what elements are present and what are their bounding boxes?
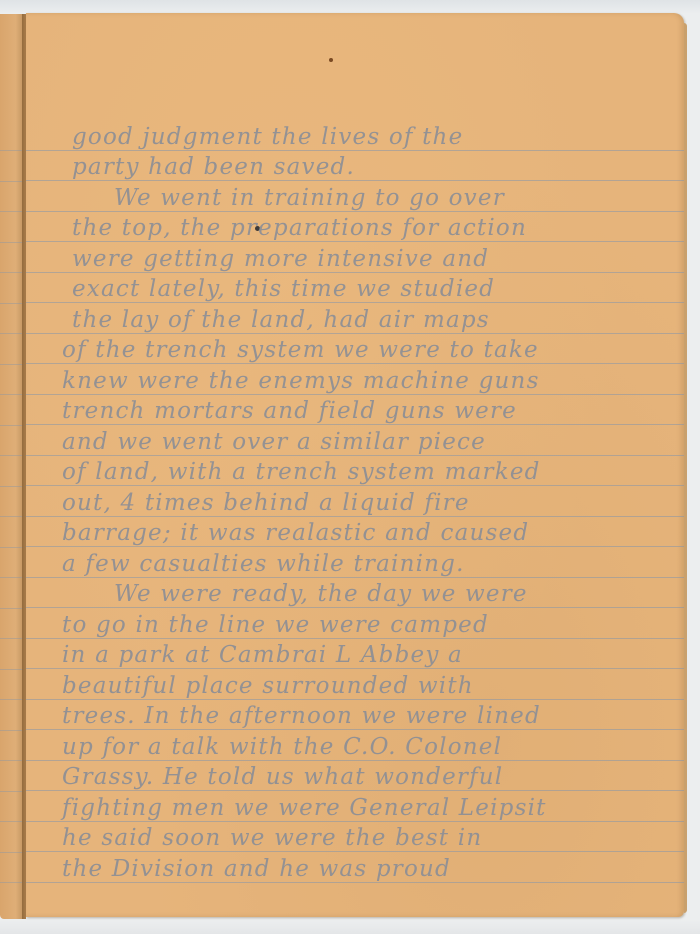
page-edge <box>684 23 687 913</box>
handwritten-text: good judgment the lives of the party had… <box>26 13 684 917</box>
text-line: and we went over a similar piece <box>62 427 662 457</box>
text-line: We went in training to go over <box>114 183 700 213</box>
text-line: were getting more intensive and <box>72 244 672 274</box>
text-line: the top, the preparations for action <box>72 213 672 243</box>
text-line: knew were the enemys machine guns <box>62 366 662 396</box>
text-line: a few casualties while training. <box>62 549 662 579</box>
text-line: party had been saved. <box>72 152 672 182</box>
notebook-page: good judgment the lives of the party had… <box>26 13 684 917</box>
text-line: trench mortars and field guns were <box>62 396 662 426</box>
text-line: of land, with a trench system marked <box>62 457 662 487</box>
text-line: We were ready, the day we were <box>114 579 700 609</box>
text-line: Grassy. He told us what wonderful <box>62 762 662 792</box>
text-line: barrage; it was realastic and caused <box>62 518 662 548</box>
text-line: fighting men we were General Leipsit <box>62 793 662 823</box>
text-line: the lay of the land, had air maps <box>72 305 672 335</box>
text-line: exact lately, this time we studied <box>72 274 672 304</box>
text-line: he said soon we were the best in <box>62 823 662 853</box>
text-line: up for a talk with the C.O. Colonel <box>62 732 662 762</box>
text-line: to go in the line we were camped <box>62 610 662 640</box>
text-line: of the trench system we were to take <box>62 335 662 365</box>
text-line: the Division and he was proud <box>62 854 662 884</box>
text-line: good judgment the lives of the <box>72 122 672 152</box>
text-line: beautiful place surrounded with <box>62 671 662 701</box>
text-line: trees. In the afternoon we were lined <box>62 701 662 731</box>
text-line: out, 4 times behind a liquid fire <box>62 488 662 518</box>
text-line: in a park at Cambrai L Abbey a <box>62 640 662 670</box>
